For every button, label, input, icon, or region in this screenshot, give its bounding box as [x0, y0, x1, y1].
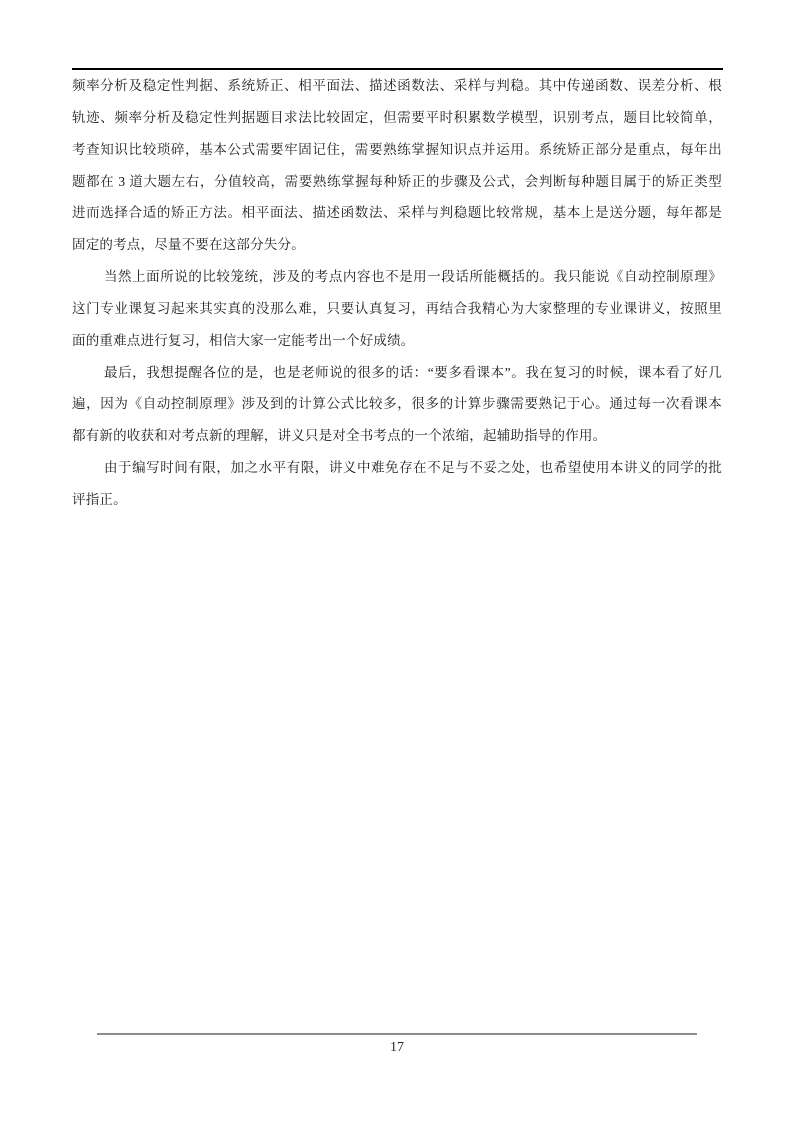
- text-line: 最后，我想提醒各位的是，也是老师说的很多的话：“要多看课本”。我在复习的时候，课…: [72, 357, 722, 389]
- text-line: 题都在 3 道大题左右，分值较高，需要熟练掌握每种矫正的步骤及公式，会判断每种题…: [72, 166, 722, 198]
- page-footer: 17: [0, 1033, 794, 1056]
- text-line: 当然上面所说的比较笼统，涉及的考点内容也不是用一段话所能概括的。我只能说《自动控…: [72, 261, 722, 293]
- paragraph: 最后，我想提醒各位的是，也是老师说的很多的话：“要多看课本”。我在复习的时候，课…: [72, 357, 722, 453]
- text-line: 考查知识比较琐碎，基本公式需要牢固记住，需要熟练掌握知识点并运用。系统矫正部分是…: [72, 134, 722, 166]
- text-line: 由于编写时间有限，加之水平有限，讲义中难免存在不足与不妥之处，也希望使用本讲义的…: [72, 452, 722, 484]
- text-line: 轨迹、频率分析及稳定性判据题目求法比较固定，但需要平时积累数学模型，识别考点，题…: [72, 102, 722, 134]
- text-line: 频率分析及稳定性判据、系统矫正、相平面法、描述函数法、采样与判稳。其中传递函数、…: [72, 70, 722, 102]
- paragraph: 当然上面所说的比较笼统，涉及的考点内容也不是用一段话所能概括的。我只能说《自动控…: [72, 261, 722, 357]
- document-body: 频率分析及稳定性判据、系统矫正、相平面法、描述函数法、采样与判稳。其中传递函数、…: [72, 70, 722, 516]
- footer-rule: [97, 1033, 697, 1035]
- text-line: 评指正。: [72, 484, 722, 516]
- text-line: 面的重难点进行复习，相信大家一定能考出一个好成绩。: [72, 325, 722, 357]
- page-number: 17: [0, 1040, 794, 1056]
- text-line: 这门专业课复习起来其实真的没那么难，只要认真复习，再结合我精心为大家整理的专业课…: [72, 293, 722, 325]
- paragraph: 由于编写时间有限，加之水平有限，讲义中难免存在不足与不妥之处，也希望使用本讲义的…: [72, 452, 722, 516]
- paragraph: 频率分析及稳定性判据、系统矫正、相平面法、描述函数法、采样与判稳。其中传递函数、…: [72, 70, 722, 261]
- text-line: 遍，因为《自动控制原理》涉及到的计算公式比较多，很多的计算步骤需要熟记于心。通过…: [72, 388, 722, 420]
- document-page: 频率分析及稳定性判据、系统矫正、相平面法、描述函数法、采样与判稳。其中传递函数、…: [0, 0, 794, 1123]
- text-line: 固定的考点，尽量不要在这部分失分。: [72, 229, 722, 261]
- text-line: 进而选择合适的矫正方法。相平面法、描述函数法、采样与判稳题比较常规，基本上是送分…: [72, 197, 722, 229]
- text-line: 都有新的收获和对考点新的理解，讲义只是对全书考点的一个浓缩，起辅助指导的作用。: [72, 420, 722, 452]
